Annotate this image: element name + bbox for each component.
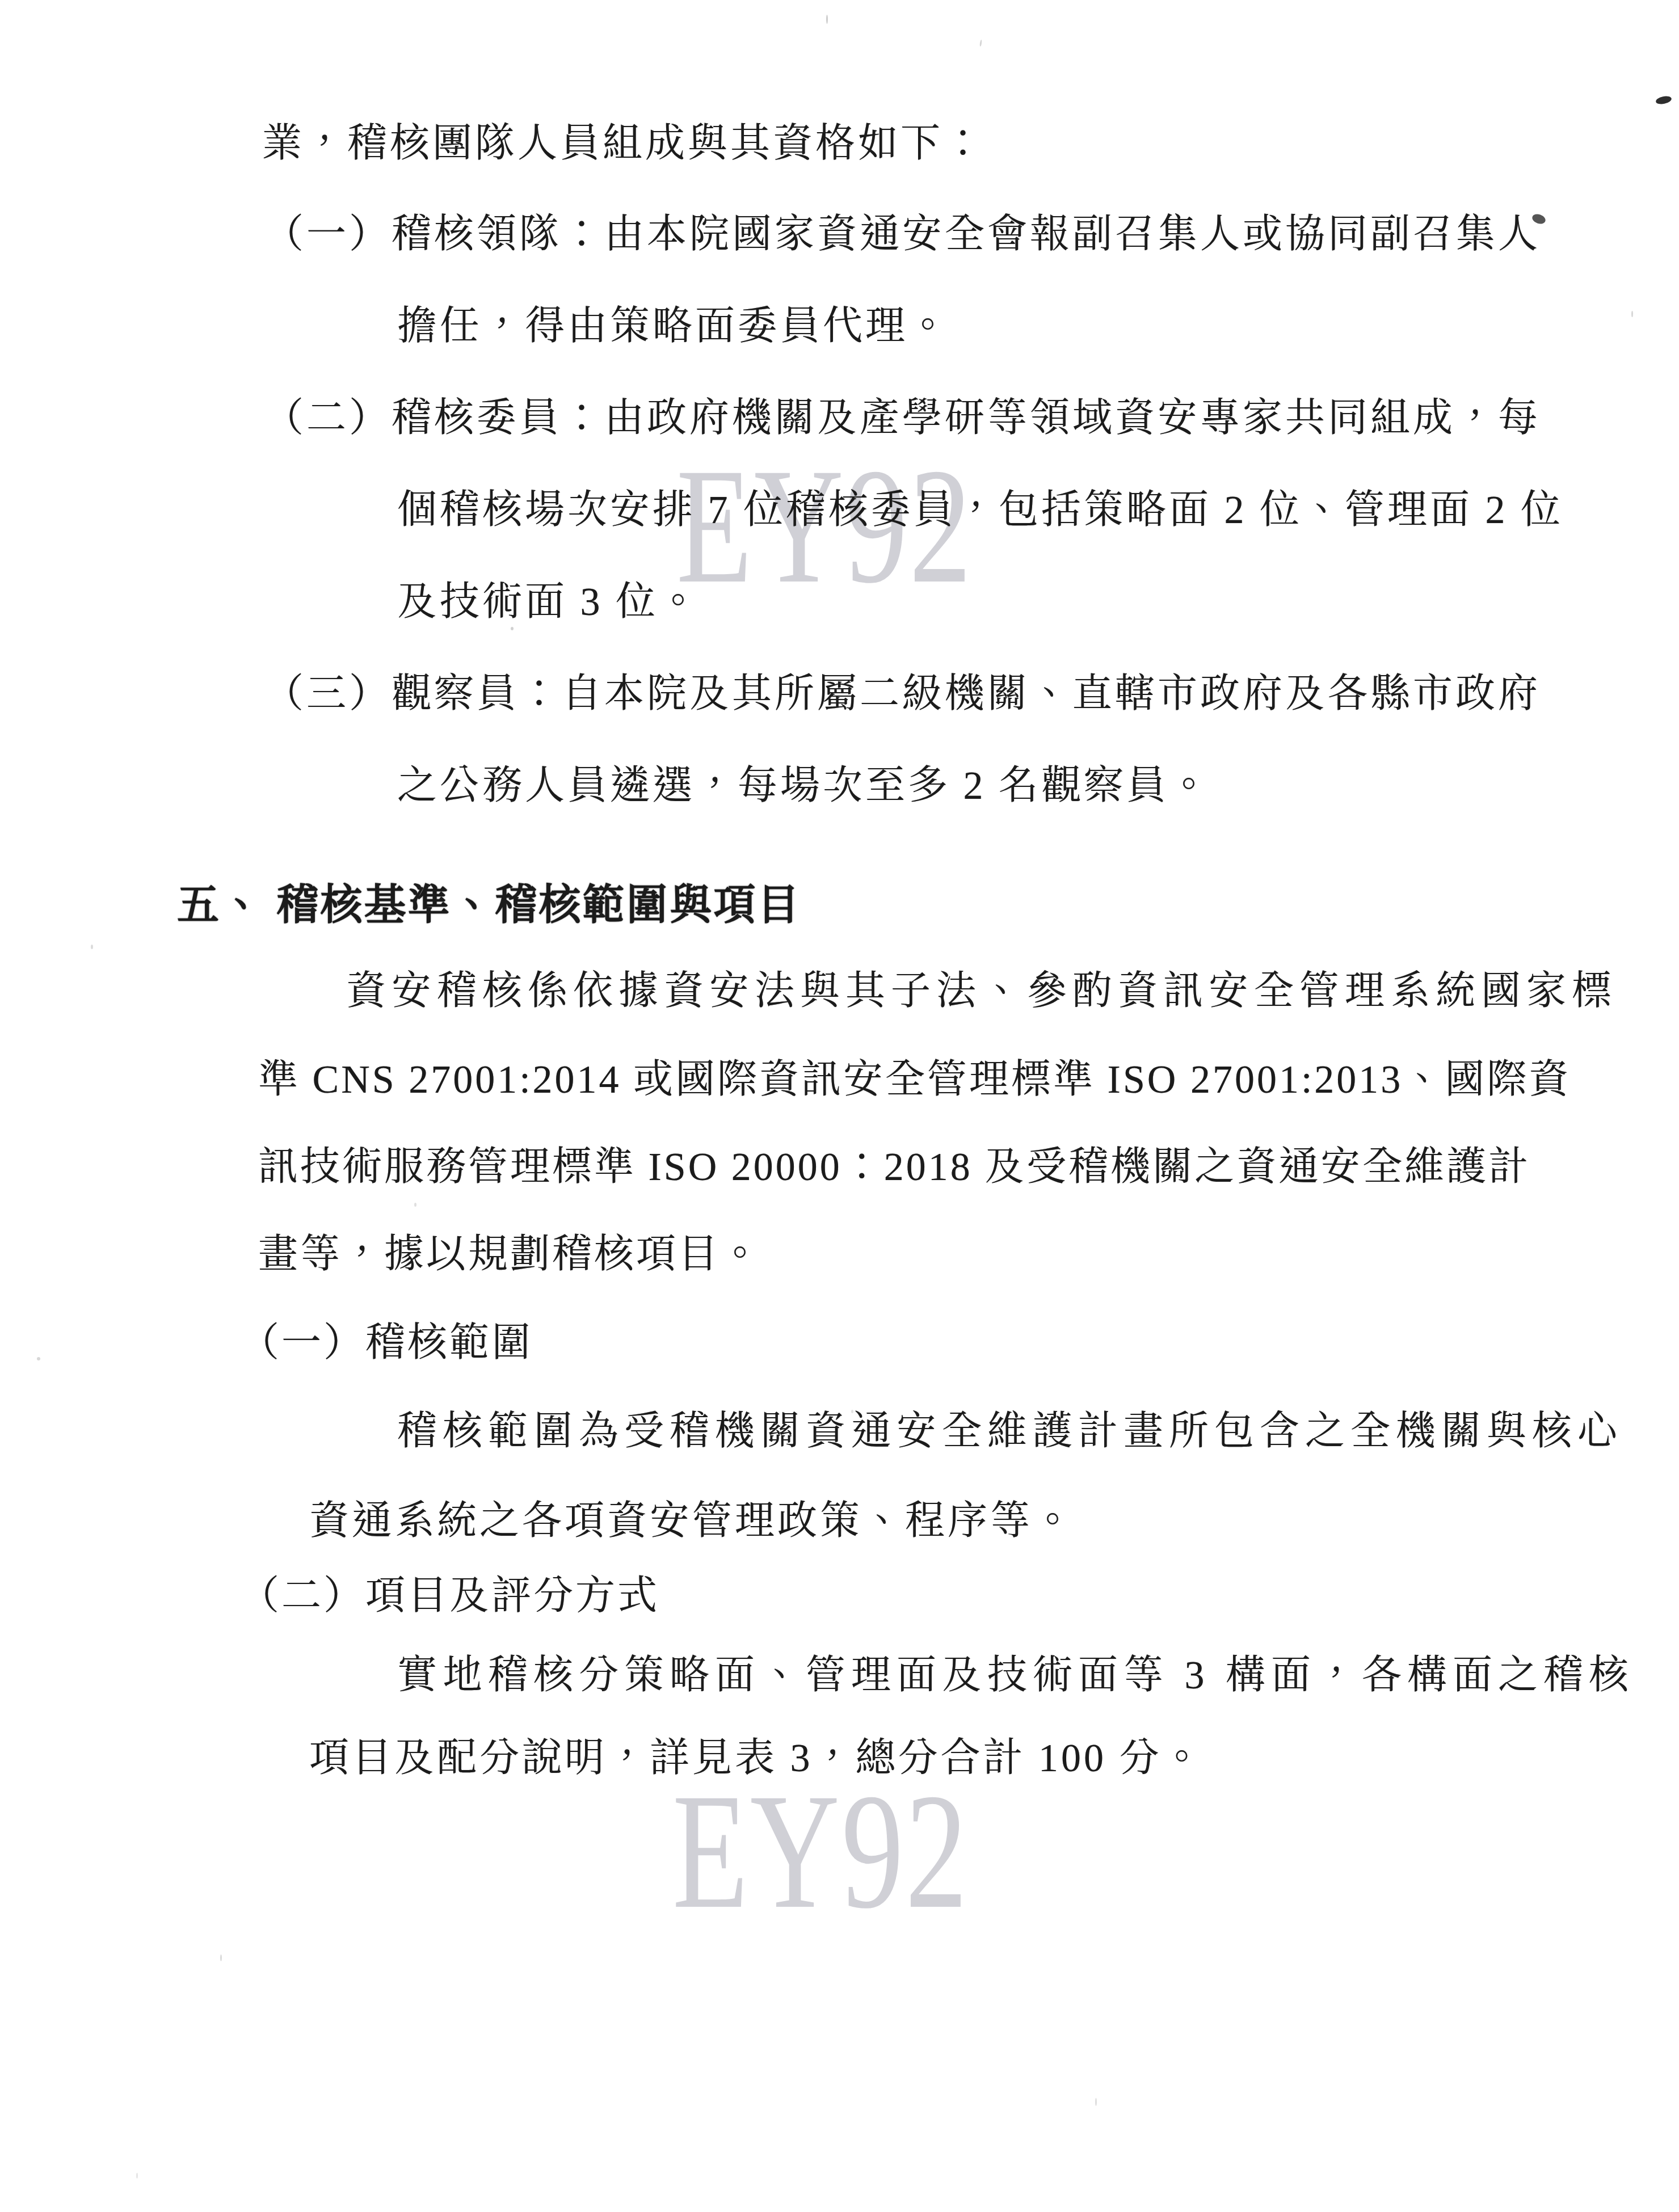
section-5-heading: 五、 稽核基準、稽核範圍與項目: [177, 880, 801, 931]
scan-speck: [851, 1410, 853, 1413]
intro-line: 業，稽核團隊人員組成與其資格如下：: [262, 120, 986, 168]
sec5-para-line-4: 畫等，據以規劃稽核項目。: [258, 1231, 762, 1279]
scanned-document-page: EY92 EY92 業，稽核團隊人員組成與其資格如下：（一）稽核領隊：由本院國家…: [0, 0, 1679, 2212]
document-text-block: 業，稽核團隊人員組成與其資格如下：（一）稽核領隊：由本院國家資通安全會報副召集人…: [0, 0, 1679, 2212]
sub-2-para-line-2: 項目及配分說明，詳見表 3，總分合計 100 分。: [309, 1735, 1205, 1783]
scan-speck: [91, 945, 93, 949]
item-2-first: （二）稽核委員：由政府機關及產學研等領域資安專家共同組成，每: [264, 395, 1541, 443]
item-3-first: （三）觀察員：自本院及其所屬二級機關、直轄市政府及各縣市政府: [264, 671, 1541, 718]
sub-1-para-line-2: 資通系統之各項資安管理政策、程序等。: [309, 1498, 1075, 1545]
item-2-cont-1: 個稽核場次安排 7 位稽核委員，包括策略面 2 位、管理面 2 位: [397, 487, 1563, 534]
item-1-first: （一）稽核領隊：由本院國家資通安全會報副召集人或協同副召集人: [264, 211, 1541, 259]
sec5-para-line-2: 準 CNS 27001:2014 或國際資訊安全管理標準 ISO 27001:2…: [258, 1056, 1571, 1104]
item-3-cont: 之公務人員遴選，每場次至多 2 名觀察員。: [397, 762, 1211, 810]
scan-speck: [136, 2173, 138, 2179]
scan-speck: [511, 627, 514, 630]
scan-speck: [826, 15, 828, 24]
sub-2-heading: （二）項目及評分方式: [239, 1573, 659, 1620]
item-2-cont-2: 及技術面 3 位。: [397, 579, 701, 626]
scan-speck: [220, 1954, 222, 1961]
sec5-para-line-3: 訊技術服務管理標準 ISO 20000：2018 及受稽機關之資通安全維護計: [258, 1144, 1530, 1191]
sub-1-heading: （一）稽核範圍: [239, 1320, 533, 1367]
sub-2-para-line-1: 實地稽核分策略面、管理面及技術面等 3 構面，各構面之稽核: [397, 1652, 1634, 1700]
scan-speck: [1095, 2098, 1097, 2106]
sec5-para-line-1: 資安稽核係依據資安法與其子法、參酌資訊安全管理系統國家標: [346, 968, 1617, 1016]
item-1-cont: 擔任，得由策略面委員代理。: [397, 303, 950, 351]
sub-1-para-line-1: 稽核範圍為受稽機關資通安全維護計畫所包含之全機關與核心: [397, 1408, 1623, 1456]
scan-speck: [1631, 311, 1633, 317]
scan-speck: [414, 1203, 416, 1207]
scan-speck: [37, 1357, 40, 1360]
